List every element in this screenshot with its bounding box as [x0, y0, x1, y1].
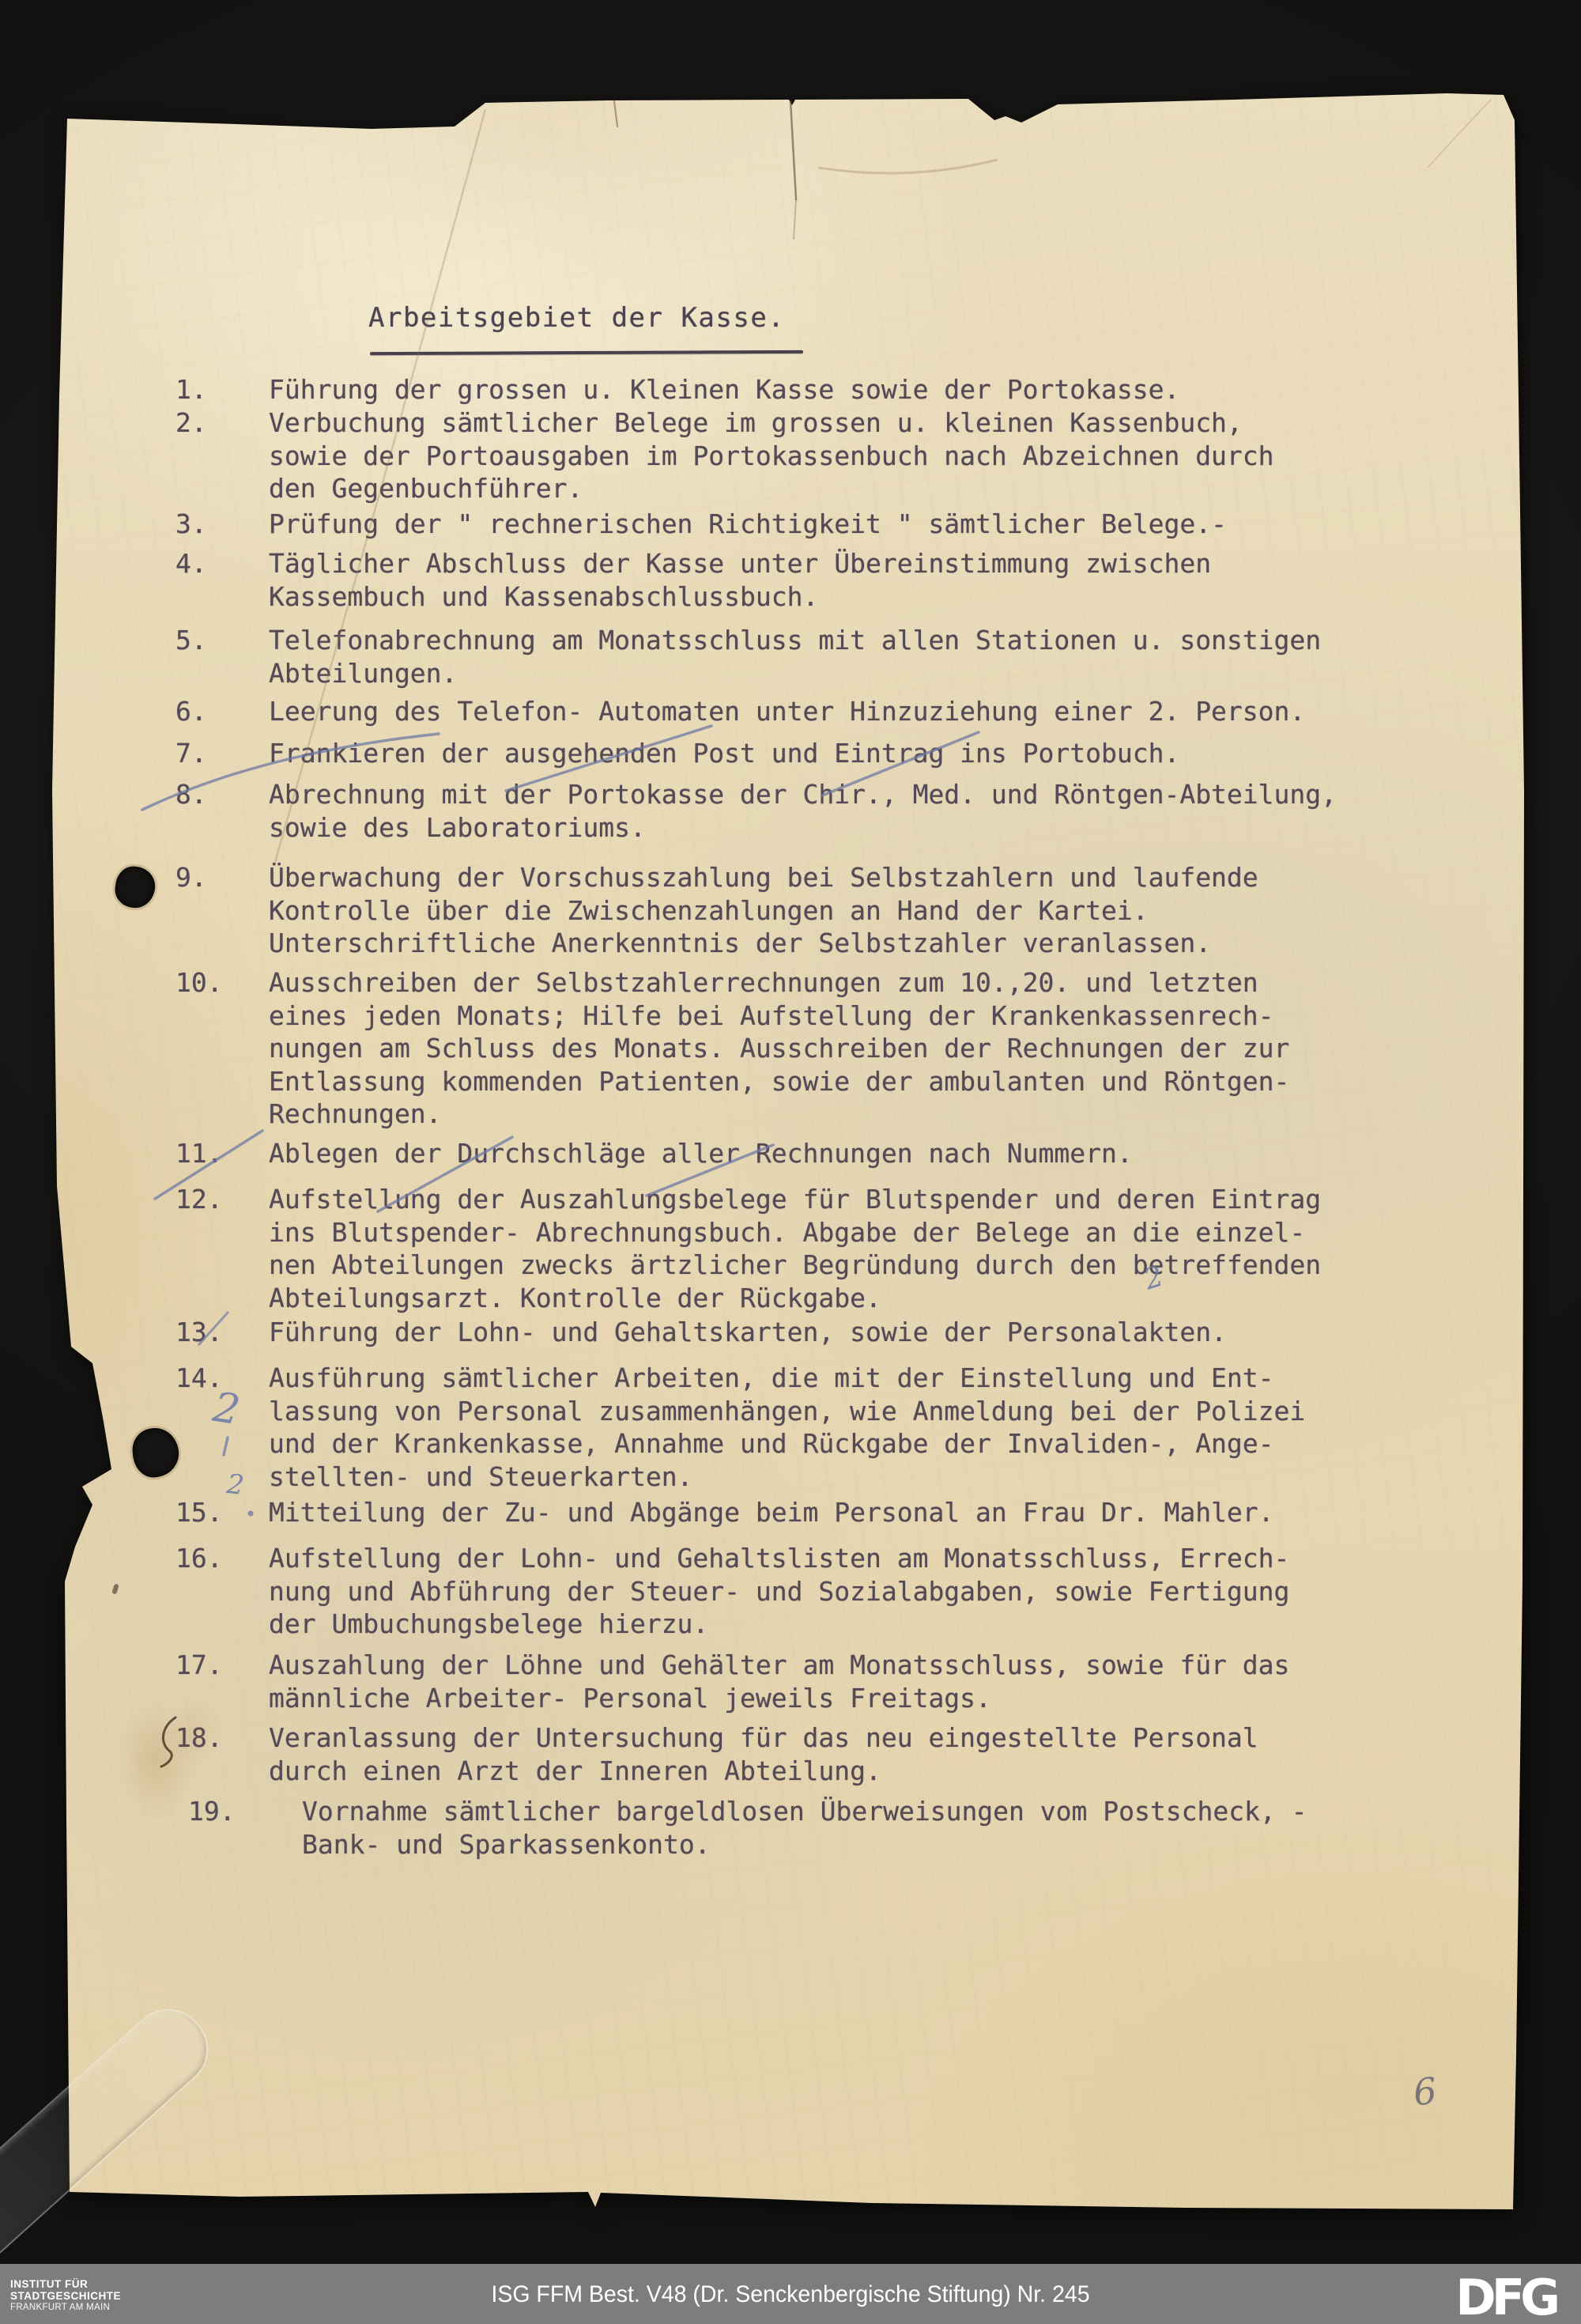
- item-number: 11.: [175, 1137, 269, 1170]
- item-text: Führung der Lohn- und Gehaltskarten, sow…: [269, 1316, 1478, 1349]
- item-text: Auszahlung der Löhne und Gehälter am Mon…: [269, 1649, 1478, 1714]
- item-number: 15.: [175, 1496, 269, 1529]
- item-text: Leerung des Telefon- Automaten unter Hin…: [269, 695, 1478, 728]
- item-number: 18.: [175, 1721, 269, 1755]
- list-item-16: 16.Aufstellung der Lohn- und Gehaltslist…: [175, 1542, 1478, 1641]
- item-number: 16.: [175, 1542, 269, 1575]
- archive-scan-stage: Arbeitsgebiet der Kasse. 1.Führung der g…: [0, 0, 1581, 2324]
- list-item-7: 7.Frankieren der ausgehenden Post und Ei…: [175, 737, 1478, 770]
- dfg-logo: DFG: [1455, 2269, 1556, 2324]
- item-number: 2.: [175, 406, 269, 440]
- list-item-18: 18.Veranlassung der Untersuchung für das…: [175, 1721, 1478, 1787]
- list-item-17: 17.Auszahlung der Löhne und Gehälter am …: [175, 1649, 1478, 1714]
- item-text: Vornahme sämtlicher bargeldlosen Überwei…: [302, 1795, 1478, 1861]
- task-list: 1.Führung der grossen u. Kleinen Kasse s…: [0, 0, 1581, 2324]
- list-item-2: 2.Verbuchung sämtlicher Belege im grosse…: [175, 406, 1478, 505]
- list-item-12: 12.Aufstellung der Auszahlungsbelege für…: [175, 1183, 1478, 1314]
- item-number: 14.: [175, 1362, 269, 1395]
- item-text: Aufstellung der Lohn- und Gehaltslisten …: [269, 1542, 1478, 1641]
- list-item-11: 11.Ablegen der Durchschläge aller Rechnu…: [175, 1137, 1478, 1170]
- item-text: Telefonabrechnung am Monatsschluss mit a…: [269, 624, 1478, 690]
- item-number: 6.: [175, 695, 269, 728]
- item-number: 4.: [175, 547, 269, 580]
- item-number: 1.: [175, 373, 269, 406]
- item-number: 10.: [175, 966, 269, 1000]
- list-item-8: 8.Abrechnung mit der Portokasse der Chir…: [175, 778, 1478, 844]
- item-number: 8.: [175, 778, 269, 811]
- list-item-5: 5.Telefonabrechnung am Monatsschluss mit…: [175, 624, 1478, 690]
- item-text: Führung der grossen u. Kleinen Kasse sow…: [269, 373, 1478, 406]
- list-item-10: 10.Ausschreiben der Selbstzahlerrechnung…: [175, 966, 1478, 1131]
- item-text: Ausführung sämtlicher Arbeiten, die mit …: [269, 1362, 1478, 1493]
- item-number: 17.: [175, 1649, 269, 1682]
- list-item-4: 4.Täglicher Abschluss der Kasse unter Üb…: [175, 547, 1478, 613]
- item-number: 3.: [175, 508, 269, 541]
- list-item-3: 3.Prüfung der " rechnerischen Richtigkei…: [175, 508, 1478, 541]
- list-item-13: 13.Führung der Lohn- und Gehaltskarten, …: [175, 1316, 1478, 1349]
- list-item-19: 19.Vornahme sämtlicher bargeldlosen Über…: [175, 1795, 1478, 1861]
- item-number: 7.: [175, 737, 269, 770]
- item-number: 12.: [175, 1183, 269, 1216]
- list-item-14: 14.Ausführung sämtlicher Arbeiten, die m…: [175, 1362, 1478, 1493]
- viewer-footer-bar: INSTITUT FÜR STADTGESCHICHTE FRANKFURT A…: [0, 2264, 1581, 2324]
- item-number: 19.: [175, 1795, 281, 1828]
- item-text: Mitteilung der Zu- und Abgänge beim Pers…: [269, 1496, 1478, 1529]
- item-text: Prüfung der " rechnerischen Richtigkeit …: [269, 508, 1478, 541]
- paper-sheet: Arbeitsgebiet der Kasse. 1.Führung der g…: [0, 0, 1581, 2324]
- item-text: Verbuchung sämtlicher Belege im grossen …: [269, 406, 1478, 505]
- item-number: 5.: [175, 624, 269, 657]
- item-text: Täglicher Abschluss der Kasse unter Über…: [269, 547, 1478, 613]
- item-text: Frankieren der ausgehenden Post und Eint…: [269, 737, 1478, 770]
- list-item-9: 9.Überwachung der Vorschusszahlung bei S…: [175, 861, 1478, 960]
- archive-reference: ISG FFM Best. V48 (Dr. Senckenbergische …: [40, 2281, 1541, 2308]
- list-item-15: 15.Mitteilung der Zu- und Abgänge beim P…: [175, 1496, 1478, 1529]
- item-text: Veranlassung der Untersuchung für das ne…: [269, 1721, 1478, 1787]
- item-text: Ausschreiben der Selbstzahlerrechnungen …: [269, 966, 1478, 1131]
- item-number: 13.: [175, 1316, 269, 1349]
- item-text: Ablegen der Durchschläge aller Rechnunge…: [269, 1137, 1478, 1170]
- list-item-1: 1.Führung der grossen u. Kleinen Kasse s…: [175, 373, 1478, 406]
- list-item-6: 6.Leerung des Telefon- Automaten unter H…: [175, 695, 1478, 728]
- item-text: Abrechnung mit der Portokasse der Chir.,…: [269, 778, 1478, 844]
- item-text: Überwachung der Vorschusszahlung bei Sel…: [269, 861, 1478, 960]
- document-page: Arbeitsgebiet der Kasse. 1.Führung der g…: [0, 0, 1581, 2324]
- item-number: 9.: [175, 861, 269, 894]
- item-text: Aufstellung der Auszahlungsbelege für Bl…: [269, 1183, 1478, 1314]
